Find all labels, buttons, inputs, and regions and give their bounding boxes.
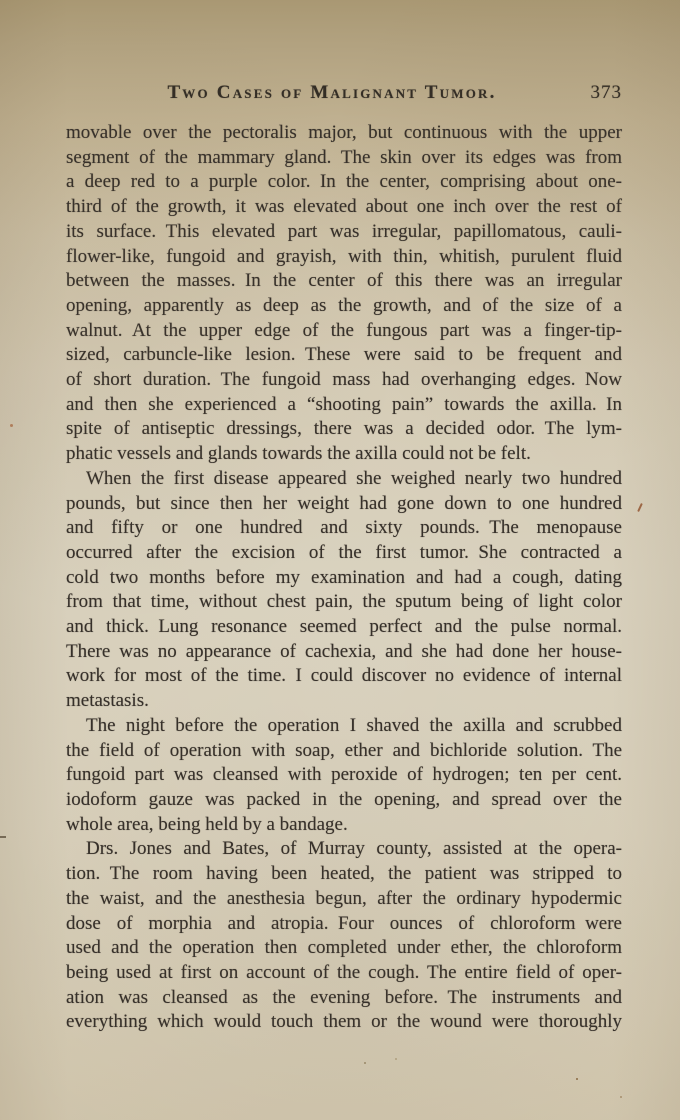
text-line: and thick. Lung resonance seemed perfect… <box>66 615 622 640</box>
text-line: spite of antiseptic dressings, there was… <box>66 417 622 442</box>
text-line: walnut. At the upper edge of the fungous… <box>66 319 622 344</box>
paper-speck <box>10 424 13 427</box>
text-line: and fifty or one hundred and sixty pound… <box>66 516 622 541</box>
text-line: pounds, but since then her weight had go… <box>66 492 622 517</box>
text-line: flower-like, fungoid and grayish, with t… <box>66 245 622 270</box>
text-line: tion. The room having been heated, the p… <box>66 862 622 887</box>
text-line: opening, apparently as deep as the growt… <box>66 294 622 319</box>
text-line: phatic vessels and glands towards the ax… <box>66 442 622 467</box>
paper-speck <box>620 1096 622 1098</box>
text-block: movable over the pectoralis major, but c… <box>66 121 622 1035</box>
text-line: used and the operation then completed un… <box>66 936 622 961</box>
paper-speck <box>576 1078 578 1080</box>
paragraph: When the first disease appeared she weig… <box>66 467 622 714</box>
text-line: dose of morphia and atropia. Four ounces… <box>66 912 622 937</box>
ink-mark <box>637 503 643 512</box>
text-line: and then she experienced a “shooting pai… <box>66 393 622 418</box>
running-title: Two Cases of Malignant Tumor. <box>66 82 598 104</box>
text-line: cold two months before my examination an… <box>66 566 622 591</box>
text-line: ation was cleansed as the evening before… <box>66 986 622 1011</box>
text-line: The night before the operation I shaved … <box>66 714 622 739</box>
ink-mark <box>0 836 6 838</box>
text-line: movable over the pectoralis major, but c… <box>66 121 622 146</box>
text-line: sized, carbuncle-like lesion. These were… <box>66 343 622 368</box>
page-header: Two Cases of Malignant Tumor. 373 <box>66 82 622 108</box>
text-line: its surface. This elevated part was irre… <box>66 220 622 245</box>
text-line: the waist, and the anesthesia begun, aft… <box>66 887 622 912</box>
text-line: segment of the mammary gland. The skin o… <box>66 146 622 171</box>
text-line: fungoid part was cleansed with peroxide … <box>66 763 622 788</box>
text-line: the field of operation with soap, ether … <box>66 739 622 764</box>
text-line: iodoform gauze was packed in the opening… <box>66 788 622 813</box>
paragraph: The night before the operation I shaved … <box>66 714 622 838</box>
text-line: Drs. Jones and Bates, of Murray county, … <box>66 837 622 862</box>
text-line: being used at first on account of the co… <box>66 961 622 986</box>
paper-speck <box>364 1062 366 1064</box>
text-line: third of the growth, it was elevated abo… <box>66 195 622 220</box>
text-line: a deep red to a purple color. In the cen… <box>66 170 622 195</box>
text-line: When the first disease appeared she weig… <box>66 467 622 492</box>
scanned-book-page: Two Cases of Malignant Tumor. 373 movabl… <box>0 0 680 1120</box>
text-line: work for most of the time. I could disco… <box>66 664 622 689</box>
text-line: of short duration. The fungoid mass had … <box>66 368 622 393</box>
paper-speck <box>395 1058 397 1060</box>
text-line: occurred after the excision of the first… <box>66 541 622 566</box>
text-line: from that time, without chest pain, the … <box>66 590 622 615</box>
paragraph: Drs. Jones and Bates, of Murray county, … <box>66 837 622 1035</box>
text-line: everything which would touch them or the… <box>66 1010 622 1035</box>
text-line: whole area, being held by a bandage. <box>66 813 622 838</box>
text-line: metastasis. <box>66 689 622 714</box>
paragraph: movable over the pectoralis major, but c… <box>66 121 622 467</box>
text-line: There was no appearance of cachexia, and… <box>66 640 622 665</box>
page-number: 373 <box>591 82 623 104</box>
text-line: between the masses. In the center of thi… <box>66 269 622 294</box>
